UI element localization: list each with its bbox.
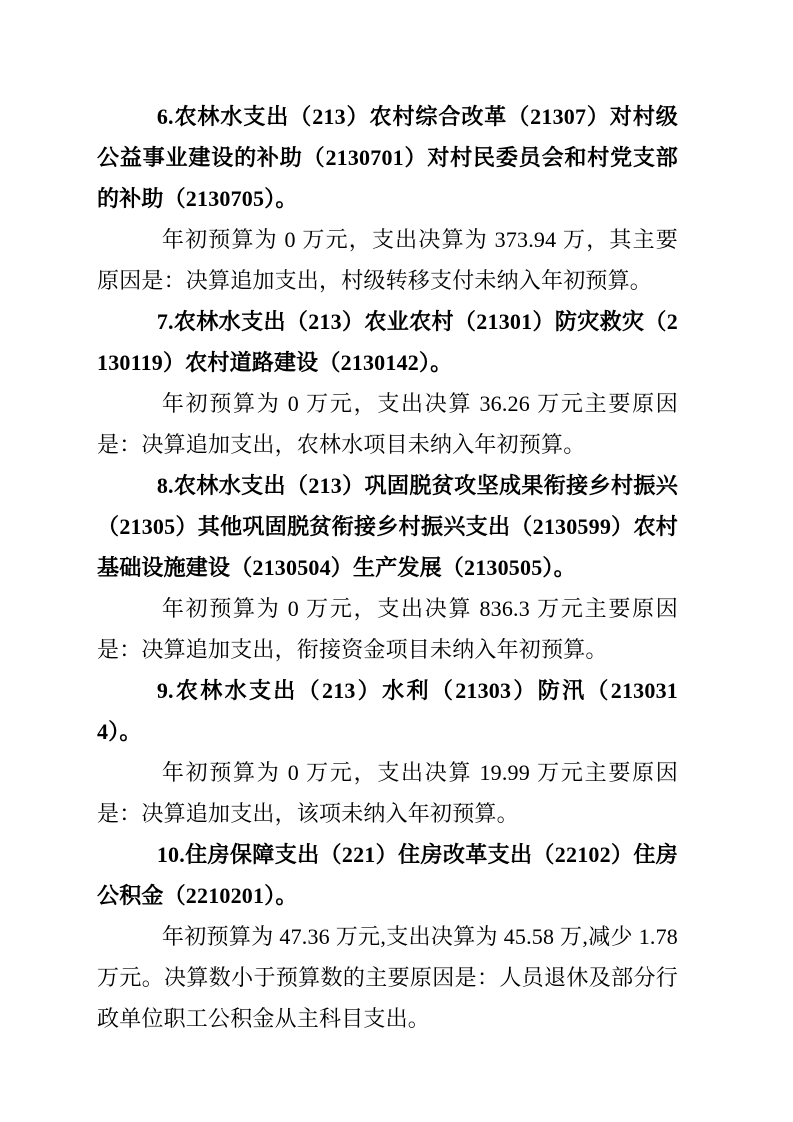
- budget-item-6-heading: 6.农林水支出（213）农村综合改革（21307）对村级公益事业建设的补助（21…: [97, 96, 678, 219]
- document-page: 6.农林水支出（213）农村综合改革（21307）对村级公益事业建设的补助（21…: [0, 0, 793, 1122]
- budget-item-7-note: 年初预算为 0 万元，支出决算 36.26 万元主要原因是：决算追加支出，农林水…: [97, 383, 678, 465]
- budget-item-9-heading: 9.农林水支出（213）水利（21303）防汛（2130314）。: [97, 670, 678, 752]
- budget-item-6-note: 年初预算为 0 万元，支出决算为 373.94 万，其主要原因是：决算追加支出，…: [97, 219, 678, 301]
- document-body: 6.农林水支出（213）农村综合改革（21307）对村级公益事业建设的补助（21…: [97, 96, 678, 1039]
- budget-item-10-note: 年初预算为 47.36 万元,支出决算为 45.58 万,减少 1.78 万元。…: [97, 916, 678, 1039]
- budget-item-9-note: 年初预算为 0 万元，支出决算 19.99 万元主要原因是：决算追加支出，该项未…: [97, 752, 678, 834]
- budget-item-10-heading: 10.住房保障支出（221）住房改革支出（22102）住房公积金（2210201…: [97, 834, 678, 916]
- budget-item-8-heading: 8.农林水支出（213）巩固脱贫攻坚成果衔接乡村振兴（21305）其他巩固脱贫衔…: [97, 465, 678, 588]
- budget-item-7-heading: 7.农林水支出（213）农业农村（21301）防灾救灾（2130119）农村道路…: [97, 301, 678, 383]
- budget-item-8-note: 年初预算为 0 万元，支出决算 836.3 万元主要原因是：决算追加支出，衔接资…: [97, 588, 678, 670]
